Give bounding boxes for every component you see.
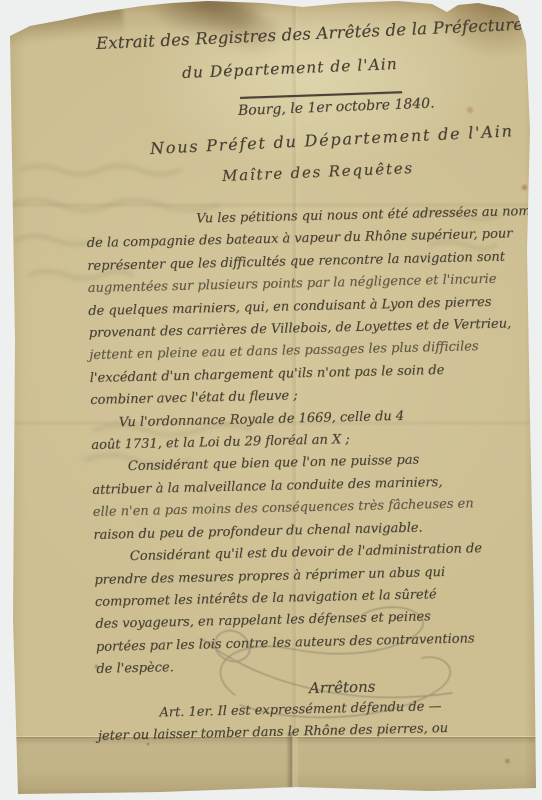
scanned-document: Extrait des Registres des Arrêtés de la … — [0, 0, 542, 800]
address-line2: Maître des Requêtes — [222, 159, 415, 185]
body-text: Vu les pétitions qui nous ont été adress… — [86, 201, 542, 749]
paper-sheet: Extrait des Registres des Arrêtés de la … — [0, 0, 542, 800]
dateline: Bourg, le 1er octobre 1840. — [238, 95, 435, 119]
document-title-line1: Extrait des Registres des Arrêtés de la … — [96, 15, 524, 53]
document-title-line2: du Département de l'Ain — [182, 55, 398, 82]
handwriting-layer: Extrait des Registres des Arrêtés de la … — [0, 0, 542, 800]
address-line1: Nous Préfet du Département de l'Ain — [150, 121, 515, 158]
